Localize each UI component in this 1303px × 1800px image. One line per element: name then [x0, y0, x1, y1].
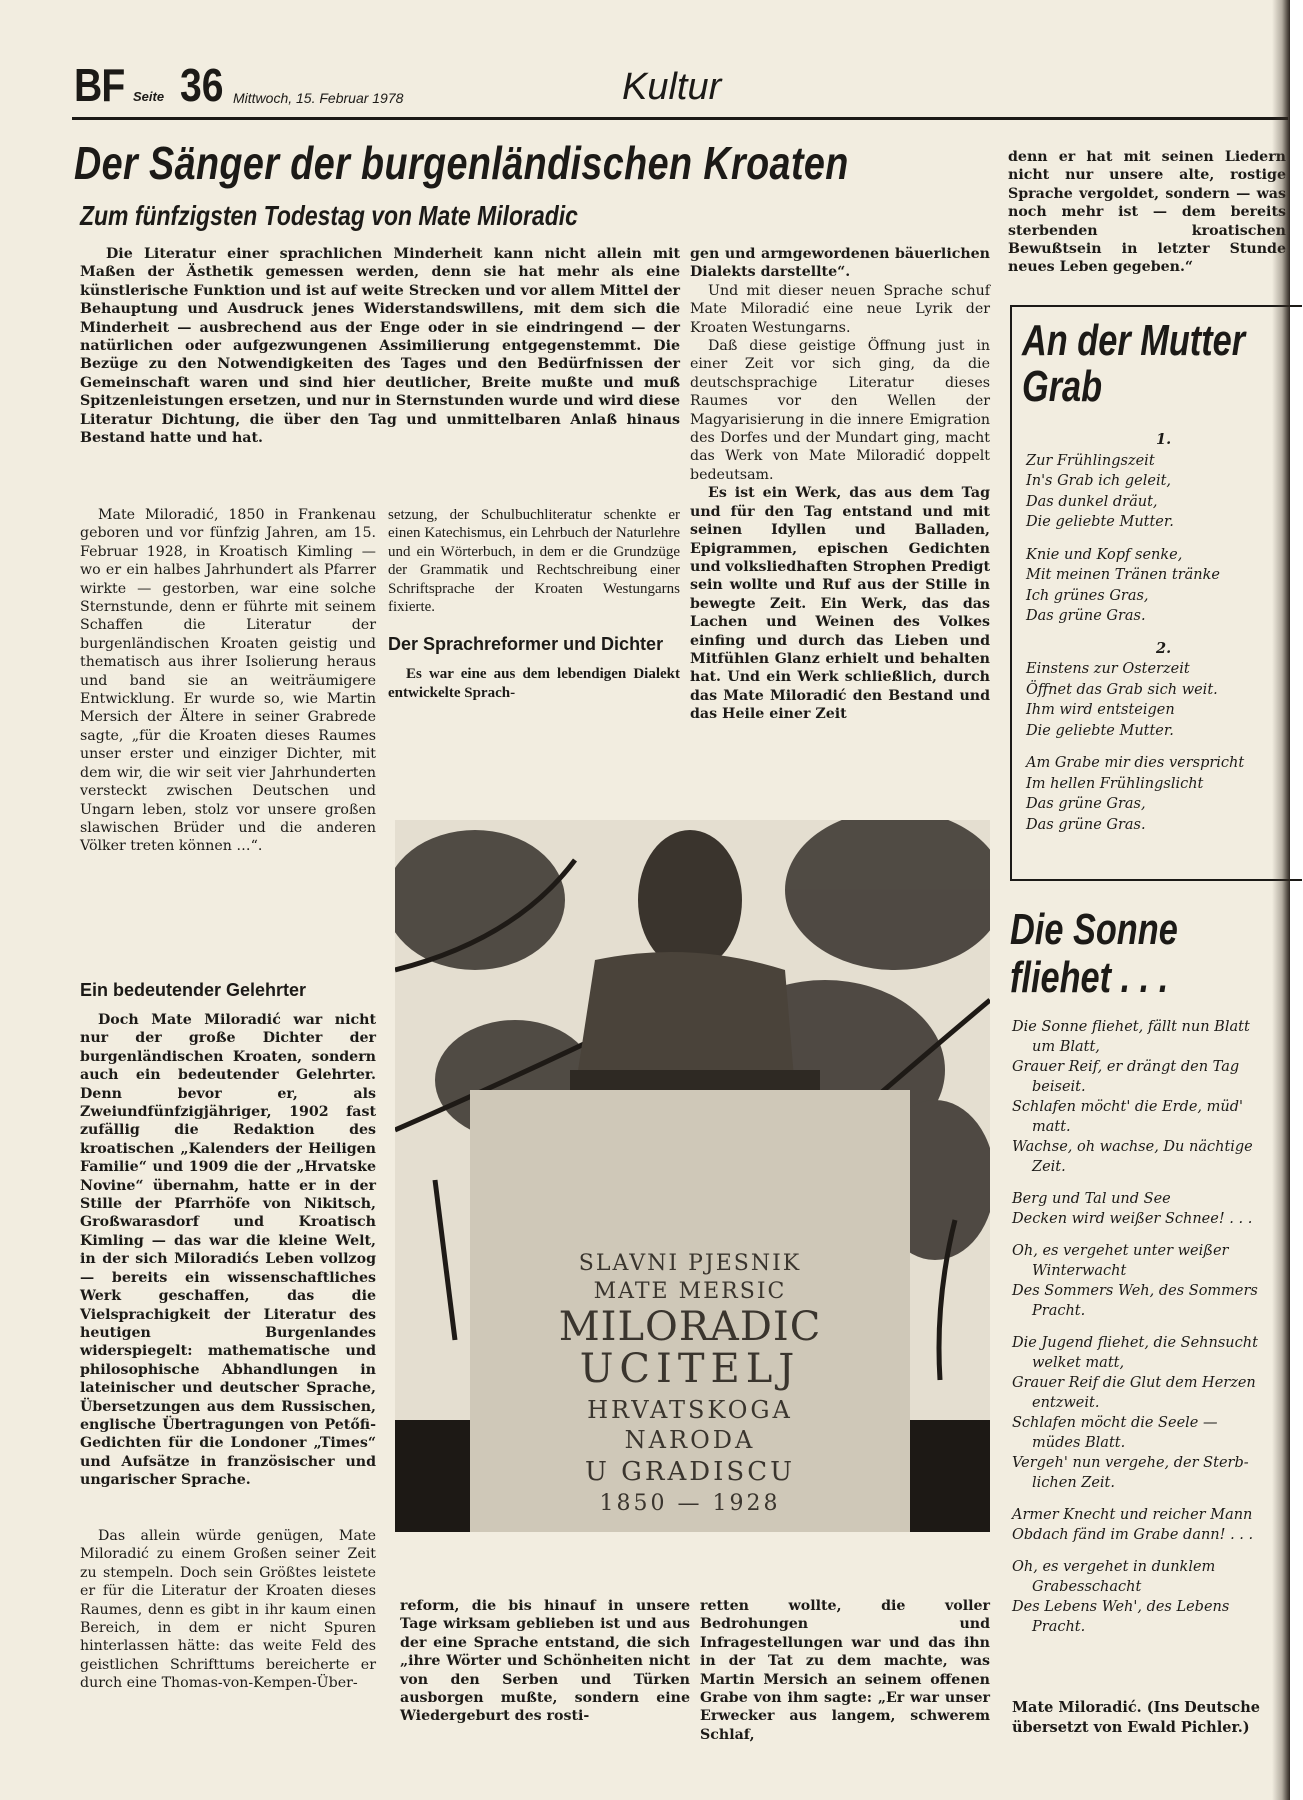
poem-line: Einstens zur Osterzeit	[1026, 659, 1244, 680]
subheading-scholar: Ein bedeutender Gelehrter	[80, 980, 376, 1001]
article-column-2: setzung, der Schulbuchliteratur schenkte…	[388, 506, 680, 702]
poem-line: Die Jugend fliehet, die Sehnsuchtwelket …	[1012, 1333, 1258, 1373]
inscription-line: SLAVNI PJESNIK	[579, 1251, 801, 1276]
masthead-rule	[72, 117, 1288, 120]
poem2-body: Die Sonne fliehet, fällt nun Blattum Bla…	[1012, 1017, 1258, 1637]
poem-line: Grauer Reif die Glut dem Herzenentzweit.	[1012, 1373, 1258, 1413]
paragraph: Und mit dieser neuen Sprache schuf Mate …	[690, 282, 990, 337]
poem-line: Decken wird weißer Schnee! . . .	[1012, 1209, 1258, 1229]
paragraph: denn er hat mit seinen Liedern nicht nur…	[1008, 148, 1286, 277]
poem-line: Zur Frühlingszeit	[1026, 451, 1244, 472]
article-column-1-section: Ein bedeutender Gelehrter Doch Mate Milo…	[80, 962, 376, 1490]
stanza-number: 1.	[1026, 430, 1244, 451]
poem1-body: 1. Zur Frühlingszeit In's Grab ich gelei…	[1026, 430, 1244, 847]
poem-translation-credit: Mate Miloradić. (Ins Deutsche übersetzt …	[1012, 1698, 1292, 1738]
poem-line: Schlafen möcht' die Erde, müd'matt.	[1012, 1097, 1258, 1137]
page-fold-shadow	[1272, 0, 1290, 1800]
article-subheadline: Zum fünfzigsten Todestag von Mate Milora…	[80, 202, 578, 230]
poem-line: Das grüne Gras.	[1026, 815, 1244, 836]
poem1-title-line2: Grab	[1022, 364, 1102, 410]
subheading-reformer: Der Sprachreformer und Dichter	[388, 634, 680, 655]
paragraph: Das allein würde genügen, Mate Miloradić…	[80, 1527, 376, 1693]
poem-line: Wachse, oh wachse, Du nächtigeZeit.	[1012, 1137, 1258, 1177]
paragraph: setzung, der Schulbuchliteratur schenkte…	[388, 506, 680, 616]
svg-text:U GRADISCU: U GRADISCU	[585, 1457, 795, 1487]
paragraph: Doch Mate Miloradić war nicht nur der gr…	[80, 1011, 376, 1490]
article-column-1-end: Das allein würde genügen, Mate Miloradić…	[80, 1527, 376, 1693]
poem-line: Am Grabe mir dies verspricht	[1026, 753, 1244, 774]
paragraph: gen und armgewordenen bäuerlichen Dialek…	[690, 245, 990, 282]
article-column-3: gen und armgewordenen bäuerlichen Dialek…	[690, 245, 990, 724]
monument-photo: SLAVNI PJESNIK MATE MERSIC MILORADIC UCI…	[395, 820, 990, 1532]
paragraph: Es ist ein Werk, das aus dem Tag und für…	[690, 484, 990, 723]
poem-line: Im hellen Frühlingslicht	[1026, 774, 1244, 795]
svg-text:UCITELJ: UCITELJ	[580, 1346, 801, 1392]
lead-paragraph: Die Literatur einer sprachlichen Minderh…	[80, 245, 680, 447]
poem-line: Knie und Kopf senke,	[1026, 545, 1244, 566]
poem-stanza: 1. Zur Frühlingszeit In's Grab ich gelei…	[1026, 430, 1244, 533]
poem-line: Oh, es vergehet in dunklemGrabesschacht	[1012, 1557, 1258, 1597]
masthead-page-number: 36	[180, 62, 223, 108]
article-column-2-end: reform, die bis hinauf in unsere Tage wi…	[400, 1597, 690, 1726]
article-lead: Die Literatur einer sprachlichen Minderh…	[80, 245, 680, 447]
paragraph: Mate Miloradić, 1850 in Frankenau gebore…	[80, 506, 376, 856]
svg-text:1850 — 1928: 1850 — 1928	[600, 1491, 781, 1516]
poem-line: Berg und Tal und See	[1012, 1189, 1258, 1209]
paragraph: reform, die bis hinauf in unsere Tage wi…	[400, 1597, 690, 1726]
poem-line: Das grüne Gras.	[1026, 606, 1244, 627]
svg-text:MATE MERSIC: MATE MERSIC	[594, 1279, 787, 1304]
masthead-date: Mittwoch, 15. Februar 1978	[233, 90, 403, 106]
paragraph: retten wollte, die voller Bedrohungen un…	[700, 1597, 990, 1744]
article-column-3-end: retten wollte, die voller Bedrohungen un…	[700, 1597, 990, 1744]
bust-monument-image: SLAVNI PJESNIK MATE MERSIC MILORADIC UCI…	[395, 820, 990, 1532]
poem-line: Öffnet das Grab sich weit.	[1026, 680, 1244, 701]
poem-line: Das dunkel dräut,	[1026, 492, 1244, 513]
article-headline: Der Sänger der burgenländischen Kroaten	[74, 140, 849, 186]
masthead-page-label: Seite	[133, 89, 164, 104]
paragraph: Es war eine aus dem lebendigen Dialekt e…	[388, 665, 680, 702]
poem-line: Mit meinen Tränen tränke	[1026, 565, 1244, 586]
poem-line: Schlafen möcht die Seele —müdes Blatt.	[1012, 1413, 1258, 1453]
poem-line: Grauer Reif, er drängt den Tagbeiseit.	[1012, 1057, 1258, 1097]
poem-stanza: Am Grabe mir dies verspricht Im hellen F…	[1026, 753, 1244, 835]
poem-line: Die Sonne fliehet, fällt nun Blattum Bla…	[1012, 1017, 1258, 1057]
poem-stanza: Knie und Kopf senke, Mit meinen Tränen t…	[1026, 545, 1244, 627]
svg-text:NARODA: NARODA	[625, 1426, 756, 1454]
paragraph: Daß diese geistige Öffnung just in einer…	[690, 337, 990, 484]
poem-line: Vergeh' nun vergehe, der Sterb-lichen Ze…	[1012, 1453, 1258, 1493]
svg-text:HRVATSKOGA: HRVATSKOGA	[587, 1396, 793, 1424]
article-column-4: denn er hat mit seinen Liedern nicht nur…	[1008, 148, 1286, 277]
poem-line: Die geliebte Mutter.	[1026, 721, 1244, 742]
poem-line: Des Lebens Weh', des LebensPracht.	[1012, 1597, 1258, 1637]
poem-line: In's Grab ich geleit,	[1026, 471, 1244, 492]
poem2-title-line1: Die Sonne	[1010, 907, 1178, 953]
stanza-number: 2.	[1026, 639, 1244, 660]
article-column-1: Mate Miloradić, 1850 in Frankenau gebore…	[80, 506, 376, 856]
poem-line: Des Sommers Weh, des SommersPracht.	[1012, 1281, 1258, 1321]
poem-line: Ich grünes Gras,	[1026, 586, 1244, 607]
poem-line: Die geliebte Mutter.	[1026, 512, 1244, 533]
poem2-title-line2: fliehet . . .	[1010, 955, 1168, 1001]
poem-line: Ihm wird entsteigen	[1026, 700, 1244, 721]
poem1-title-line1: An der Mutter	[1022, 318, 1245, 364]
svg-text:MILORADIC: MILORADIC	[559, 1304, 822, 1350]
poem-line: Obdach fänd im Grabe dann! . . .	[1012, 1525, 1258, 1545]
poem-line: Oh, es vergehet unter weißerWinterwacht	[1012, 1241, 1258, 1281]
masthead-section: Kultur	[622, 68, 721, 106]
poem-line: Armer Knecht und reicher Mann	[1012, 1505, 1258, 1525]
masthead-abbrev: BF	[74, 62, 124, 108]
poem-line: Das grüne Gras,	[1026, 794, 1244, 815]
newspaper-page: BF Seite 36 Mittwoch, 15. Februar 1978 K…	[0, 0, 1288, 1800]
poem-stanza: 2. Einstens zur Osterzeit Öffnet das Gra…	[1026, 639, 1244, 742]
